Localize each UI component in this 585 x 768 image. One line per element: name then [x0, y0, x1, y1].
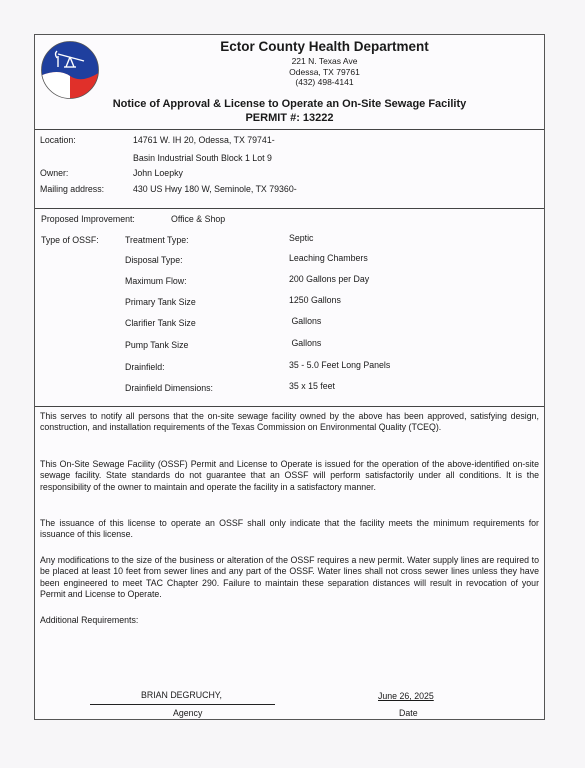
ossf-spec-label: Drainfield Dimensions: — [125, 383, 213, 393]
signature-line — [90, 704, 275, 705]
date-caption: Date — [399, 708, 418, 718]
ossf-spec-value: Gallons — [289, 338, 321, 348]
ossf-type-label: Type of OSSF: — [41, 235, 99, 245]
permit-number: PERMIT #: 13222 — [35, 112, 544, 124]
ossf-spec-value: 200 Gallons per Day — [289, 274, 369, 284]
ossf-spec-label: Drainfield: — [125, 362, 165, 372]
agency-caption: Agency — [173, 708, 202, 718]
additional-requirements-label: Additional Requirements: — [40, 615, 138, 625]
permit-document: Ector County Health Department 221 N. Te… — [34, 34, 545, 720]
agency-phone: (432) 498-4141 — [35, 77, 544, 88]
agency-address-line1: 221 N. Texas Ave — [35, 56, 544, 67]
license-paragraph: This On-Site Sewage Facility (OSSF) Perm… — [40, 459, 539, 493]
ossf-spec-value: Leaching Chambers — [289, 253, 368, 263]
ossf-spec-label: Maximum Flow: — [125, 276, 187, 286]
owner-value: John Loepky — [133, 168, 183, 178]
document-header: Ector County Health Department 221 N. Te… — [35, 35, 544, 130]
proposed-improvement-label: Proposed Improvement: — [41, 214, 135, 224]
issue-date: June 26, 2025 — [378, 691, 434, 701]
location-legal-description: Basin Industrial South Block 1 Lot 9 — [133, 153, 272, 163]
ossf-spec-value: 35 x 15 feet — [289, 381, 335, 391]
location-value: 14761 W. IH 20, Odessa, TX 79741- — [133, 135, 275, 145]
ossf-spec-label: Disposal Type: — [125, 255, 183, 265]
issuance-paragraph: The issuance of this license to operate … — [40, 518, 539, 541]
ossf-spec-value: 1250 Gallons — [289, 295, 341, 305]
ossf-spec-value: Gallons — [289, 316, 321, 326]
notice-title: Notice of Approval & License to Operate … — [35, 98, 544, 110]
agency-name: Ector County Health Department — [35, 39, 544, 54]
owner-label: Owner: — [40, 168, 68, 178]
ossf-spec-label: Primary Tank Size — [125, 297, 196, 307]
signatory-name: BRIAN DEGRUCHY, — [141, 690, 222, 700]
ossf-spec-label: Pump Tank Size — [125, 340, 188, 350]
ossf-spec-value: Septic — [289, 233, 313, 243]
ossf-spec-label: Treatment Type: — [125, 235, 189, 245]
ossf-details-section: Proposed Improvement: Office & Shop Type… — [35, 208, 544, 407]
ossf-spec-label: Clarifier Tank Size — [125, 318, 196, 328]
mailing-address-value: 430 US Hwy 180 W, Seminole, TX 79360- — [133, 184, 297, 194]
agency-address-line2: Odessa, TX 79761 — [35, 67, 544, 78]
property-info-section: Location: 14761 W. IH 20, Odessa, TX 797… — [35, 129, 544, 209]
proposed-improvement-value: Office & Shop — [171, 214, 225, 224]
modifications-paragraph: Any modifications to the size of the bus… — [40, 555, 539, 600]
location-label: Location: — [40, 135, 76, 145]
approval-paragraph: This serves to notify all persons that t… — [40, 411, 539, 434]
mailing-address-label: Mailing address: — [40, 184, 104, 194]
ossf-spec-value: 35 - 5.0 Feet Long Panels — [289, 360, 390, 370]
